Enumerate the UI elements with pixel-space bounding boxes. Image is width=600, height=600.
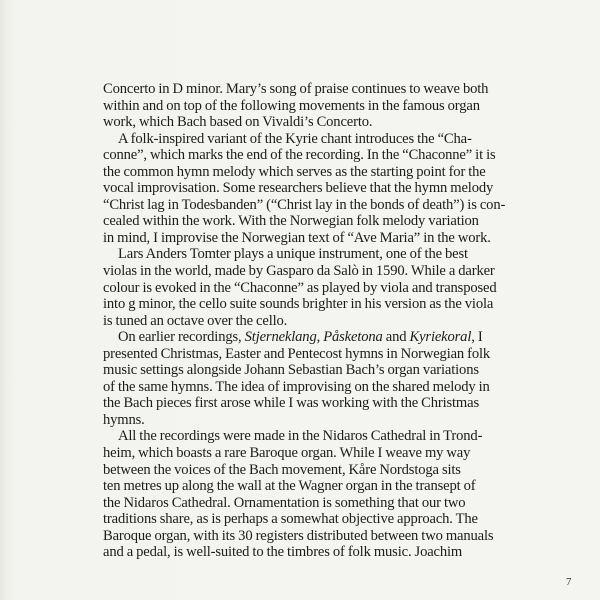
body-text: Concerto in D minor. Mary’s song of prai… bbox=[103, 81, 503, 561]
text-line: traditions share, as is perhaps a somewh… bbox=[103, 511, 503, 528]
text-line: the Nidaros Cathedral. Ornamentation is … bbox=[103, 495, 503, 512]
text-line: music settings alongside Johann Sebastia… bbox=[103, 362, 503, 379]
page-number: 7 bbox=[566, 576, 572, 588]
text-line: Lars Anders Tomter plays a unique instru… bbox=[103, 246, 503, 263]
paragraph: On earlier recordings, Stjerneklang, Pås… bbox=[103, 329, 503, 428]
text-line: On earlier recordings, Stjerneklang, Pås… bbox=[103, 329, 503, 346]
text-line: of the same hymns. The idea of improvisi… bbox=[103, 379, 503, 396]
text-line: between the voices of the Bach movement,… bbox=[103, 462, 503, 479]
text-line: the common hymn melody which serves as t… bbox=[103, 164, 503, 181]
paragraph: Concerto in D minor. Mary’s song of prai… bbox=[103, 81, 503, 131]
text-line: colour is evoked in the “Chaconne” as pl… bbox=[103, 280, 503, 297]
text-line: the Bach pieces first arose while I was … bbox=[103, 395, 503, 412]
text-line: presented Christmas, Easter and Pentecos… bbox=[103, 346, 503, 363]
paragraph: All the recordings were made in the Nida… bbox=[103, 428, 503, 560]
album-title: Påsketona bbox=[323, 329, 382, 345]
text-line: Baroque organ, with its 30 registers dis… bbox=[103, 528, 503, 545]
album-title: Stjerneklang bbox=[245, 329, 317, 345]
text-line: heim, which boasts a rare Baroque organ.… bbox=[103, 445, 503, 462]
text-line: ten metres up along the wall at the Wagn… bbox=[103, 478, 503, 495]
text-line: All the recordings were made in the Nida… bbox=[103, 428, 503, 445]
text-line: hymns. bbox=[103, 412, 503, 429]
paragraph: Lars Anders Tomter plays a unique instru… bbox=[103, 246, 503, 329]
text-line: within and on top of the following movem… bbox=[103, 98, 503, 115]
booklet-page: Concerto in D minor. Mary’s song of prai… bbox=[0, 0, 600, 600]
text-line: Concerto in D minor. Mary’s song of prai… bbox=[103, 81, 503, 98]
paragraph: A folk-inspired variant of the Kyrie cha… bbox=[103, 131, 503, 247]
text-line: and a pedal, is well-suited to the timbr… bbox=[103, 544, 503, 561]
text-line: is tuned an octave over the cello. bbox=[103, 313, 503, 330]
text-line: work, which Bach based on Vivaldi’s Conc… bbox=[103, 114, 503, 131]
text-line: violas in the world, made by Gasparo da … bbox=[103, 263, 503, 280]
text-line: in mind, I improvise the Norwegian text … bbox=[103, 230, 503, 247]
text-line: into g minor, the cello suite sounds bri… bbox=[103, 296, 503, 313]
text-line: cealed within the work. With the Norwegi… bbox=[103, 213, 503, 230]
text-line: A folk-inspired variant of the Kyrie cha… bbox=[103, 131, 503, 148]
text-line: conne”, which marks the end of the recor… bbox=[103, 147, 503, 164]
album-title: Kyriekoral bbox=[410, 329, 472, 345]
text-line: vocal improvisation. Some researchers be… bbox=[103, 180, 503, 197]
text-line: “Christ lag in Todesbanden” (“Christ lay… bbox=[103, 197, 503, 214]
